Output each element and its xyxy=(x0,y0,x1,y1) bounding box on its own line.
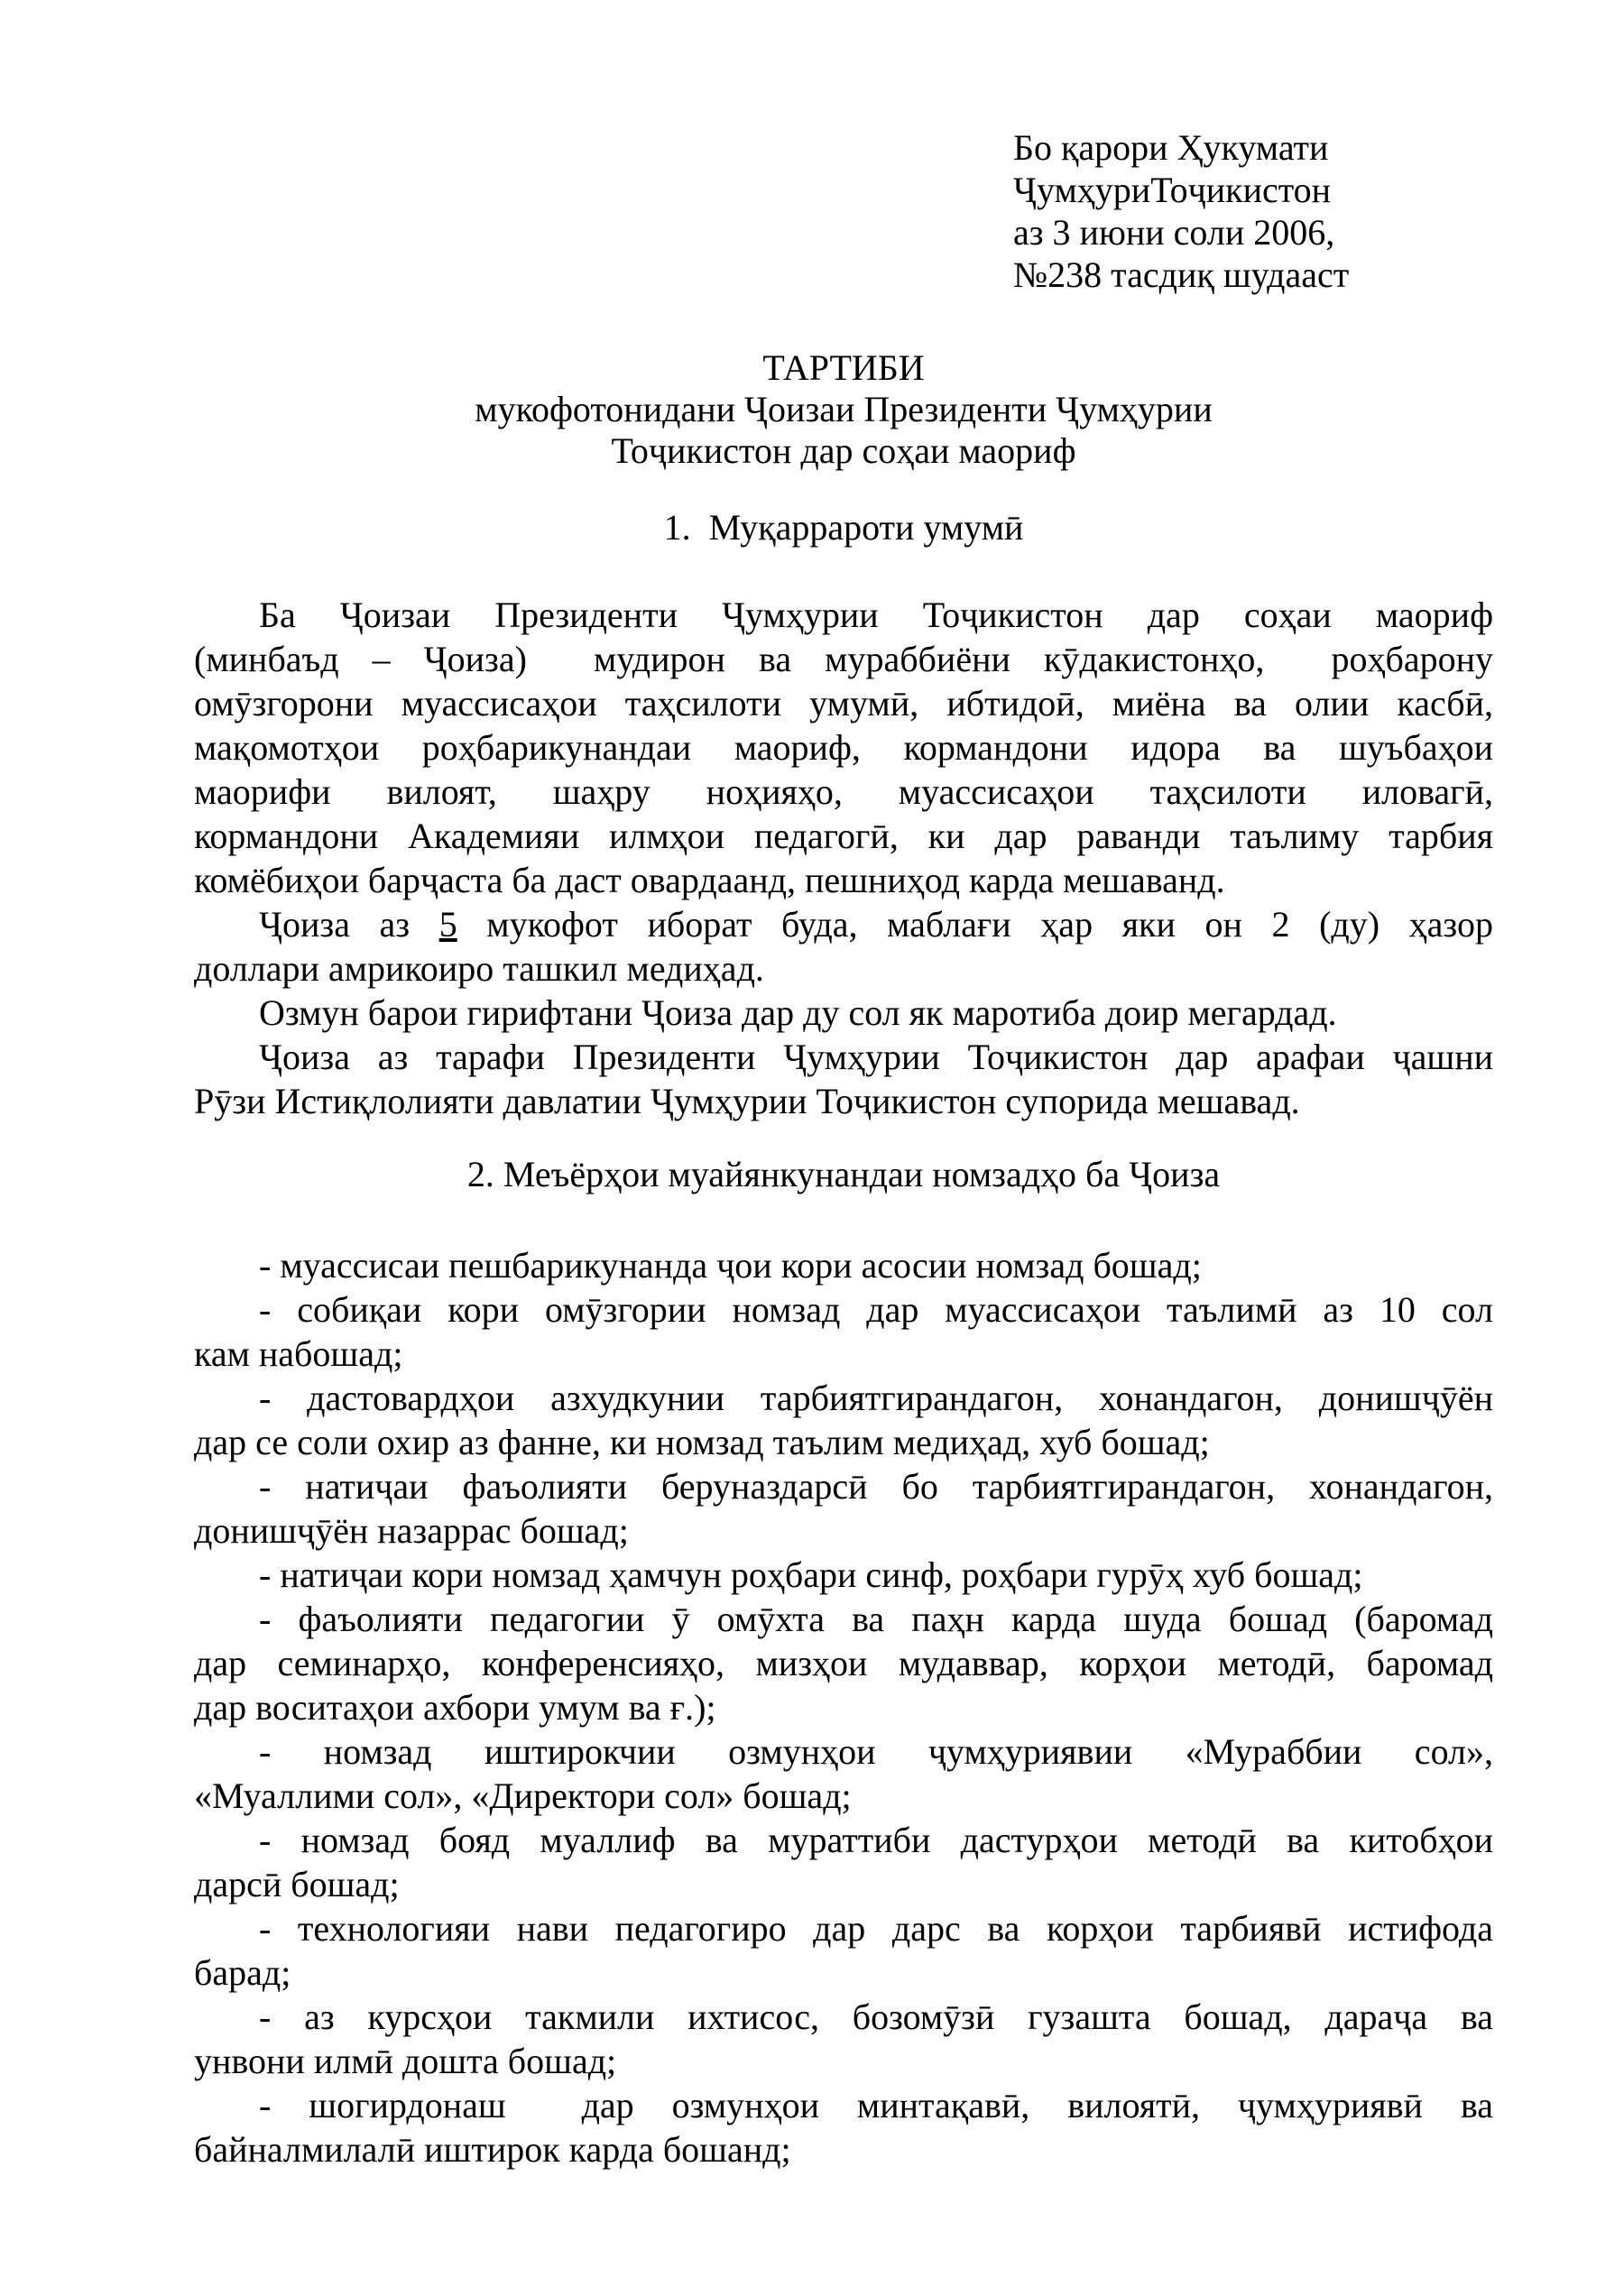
paragraph-line: Озмун барои гирифтани Ҷоиза дар ду сол я… xyxy=(194,991,1493,1035)
paragraph: - собиқаи кори омӯзгории номзад дар муас… xyxy=(194,1287,1493,1376)
document-body: 1. Муқаррароти умумӣБа Ҷоизаи Президенти… xyxy=(194,505,1493,2172)
paragraph: - муассисаи пешбарикунанда ҷои кори асос… xyxy=(194,1243,1493,1287)
paragraph-line: дар семинарҳо, конференсияҳо, мизҳои муд… xyxy=(194,1641,1493,1685)
paragraph-line: - номзад бояд муаллиф ва мураттиби дасту… xyxy=(194,1818,1493,1862)
document-title-line: мукофотонидани Ҷоизаи Президенти Ҷумҳури… xyxy=(194,389,1493,430)
paragraph-line: «Муаллими сол», «Директори сол» бошад; xyxy=(194,1774,1493,1818)
paragraph: - шогирдонаш дар озмунҳои минтақавӣ, вил… xyxy=(194,2083,1493,2172)
paragraph-line: донишҷӯён назаррас бошад; xyxy=(194,1508,1493,1553)
paragraph-line: доллари амрикоиро ташкил медиҳад. xyxy=(194,946,1493,991)
paragraph-line: Ба Ҷоизаи Президенти Ҷумҳурии Тоҷикистон… xyxy=(194,593,1493,637)
paragraph: - фаъолияти педагогии ӯ омӯхта ва паҳн к… xyxy=(194,1597,1493,1729)
paragraph-line: - натиҷаи фаъолияти беруназдарсӣ бо тарб… xyxy=(194,1464,1493,1508)
document-title-line: Тоҷикистон дар соҳаи маориф xyxy=(194,430,1493,472)
document-page: Бо қарори ҲукуматиҶумҳуриТоҷикистоназ 3 … xyxy=(0,0,1624,2296)
paragraph-line: - шогирдонаш дар озмунҳои минтақавӣ, вил… xyxy=(194,2083,1493,2127)
paragraph: Ҷоиза аз тарафи Президенти Ҷумҳурии Тоҷи… xyxy=(194,1035,1493,1123)
paragraph-line: дар се соли охир аз фанне, ки номзад таъ… xyxy=(194,1420,1493,1464)
paragraph-line: байналмилалӣ иштирок карда бошанд; xyxy=(194,2127,1493,2172)
paragraph-line: унвони илмӣ дошта бошад; xyxy=(194,2039,1493,2083)
paragraph-line: барад; xyxy=(194,1950,1493,1995)
paragraph: - натиҷаи фаъолияти беруназдарсӣ бо тарб… xyxy=(194,1464,1493,1553)
paragraph-line: Ҷоиза аз тарафи Президенти Ҷумҳурии Тоҷи… xyxy=(194,1035,1493,1079)
paragraph-line: - технологияи нави педагогиро дар дарс в… xyxy=(194,1906,1493,1950)
paragraph-line: дар воситаҳои ахбори умум ва ғ.); xyxy=(194,1685,1493,1729)
paragraph-line: - муассисаи пешбарикунанда ҷои кори асос… xyxy=(194,1243,1493,1287)
section-heading: 2. Меъёрҳои муайянкунандаи номзадҳо ба Ҷ… xyxy=(194,1152,1493,1196)
paragraph-line: Ҷоиза аз 5 мукофот иборат буда, маблағи … xyxy=(194,902,1493,946)
approval-note-line: Бо қарори Ҳукумати xyxy=(1013,126,1493,169)
paragraph-line: - дастовардҳои азхудкунии тарбиятгиранда… xyxy=(194,1376,1493,1420)
approval-note: Бо қарори ҲукуматиҶумҳуриТоҷикистоназ 3 … xyxy=(1013,126,1493,296)
underlined-text: 5 xyxy=(439,904,457,945)
paragraph-line: - натиҷаи кори номзад ҳамчун роҳбари син… xyxy=(194,1553,1493,1597)
paragraph-line: комёбиҳои барҷаста ба даст овардаанд, пе… xyxy=(194,858,1493,902)
paragraph: - дастовардҳои азхудкунии тарбиятгиранда… xyxy=(194,1376,1493,1464)
text-segment: мукофот иборат буда, маблағи ҳар яки он … xyxy=(457,904,1493,945)
paragraph: Ҷоиза аз 5 мукофот иборат буда, маблағи … xyxy=(194,902,1493,991)
paragraph-line: кам набошад; xyxy=(194,1332,1493,1376)
paragraph: Озмун барои гирифтани Ҷоиза дар ду сол я… xyxy=(194,991,1493,1035)
paragraph: - аз курсҳои такмили ихтисос, бозомӯзӣ г… xyxy=(194,1995,1493,2083)
paragraph: - технологияи нави педагогиро дар дарс в… xyxy=(194,1906,1493,1995)
paragraph: - натиҷаи кори номзад ҳамчун роҳбари син… xyxy=(194,1553,1493,1597)
section-heading: 1. Муқаррароти умумӣ xyxy=(194,505,1493,549)
paragraph-line: - фаъолияти педагогии ӯ омӯхта ва паҳн к… xyxy=(194,1597,1493,1641)
paragraph: - номзад иштирокчии озмунҳои ҷумҳуриявии… xyxy=(194,1729,1493,1818)
paragraph-line: - номзад иштирокчии озмунҳои ҷумҳуриявии… xyxy=(194,1729,1493,1774)
paragraph-line: дарсӣ бошад; xyxy=(194,1862,1493,1906)
paragraph-line: омӯзгорони муассисаҳои таҳсилоти умумӣ, … xyxy=(194,681,1493,725)
paragraph: - номзад бояд муаллиф ва мураттиби дасту… xyxy=(194,1818,1493,1906)
paragraph-line: - собиқаи кори омӯзгории номзад дар муас… xyxy=(194,1287,1493,1332)
paragraph-line: маорифи вилоят, шаҳру ноҳияҳо, муассисаҳ… xyxy=(194,770,1493,814)
approval-note-line: ҶумҳуриТоҷикистон xyxy=(1013,169,1493,211)
paragraph: Ба Ҷоизаи Президенти Ҷумҳурии Тоҷикистон… xyxy=(194,593,1493,902)
paragraph-line: - аз курсҳои такмили ихтисос, бозомӯзӣ г… xyxy=(194,1995,1493,2039)
document-title: ТАРТИБИмукофотонидани Ҷоизаи Президенти … xyxy=(194,347,1493,472)
paragraph-line: Рӯзи Истиқлолияти давлатии Ҷумҳурии Тоҷи… xyxy=(194,1079,1493,1123)
approval-note-line: аз 3 июни соли 2006, xyxy=(1013,211,1493,254)
paragraph-line: мақомотҳои роҳбарикунандаи маориф, корма… xyxy=(194,725,1493,770)
approval-note-line: №238 тасдиқ шудааст xyxy=(1013,254,1493,296)
text-segment: Ҷоиза аз xyxy=(259,904,439,945)
paragraph-line: кормандони Академияи илмҳои педагогӣ, ки… xyxy=(194,814,1493,858)
document-title-line: ТАРТИБИ xyxy=(194,347,1493,389)
paragraph-line: (минбаъд – Ҷоиза) мудирон ва мураббиёни … xyxy=(194,637,1493,681)
